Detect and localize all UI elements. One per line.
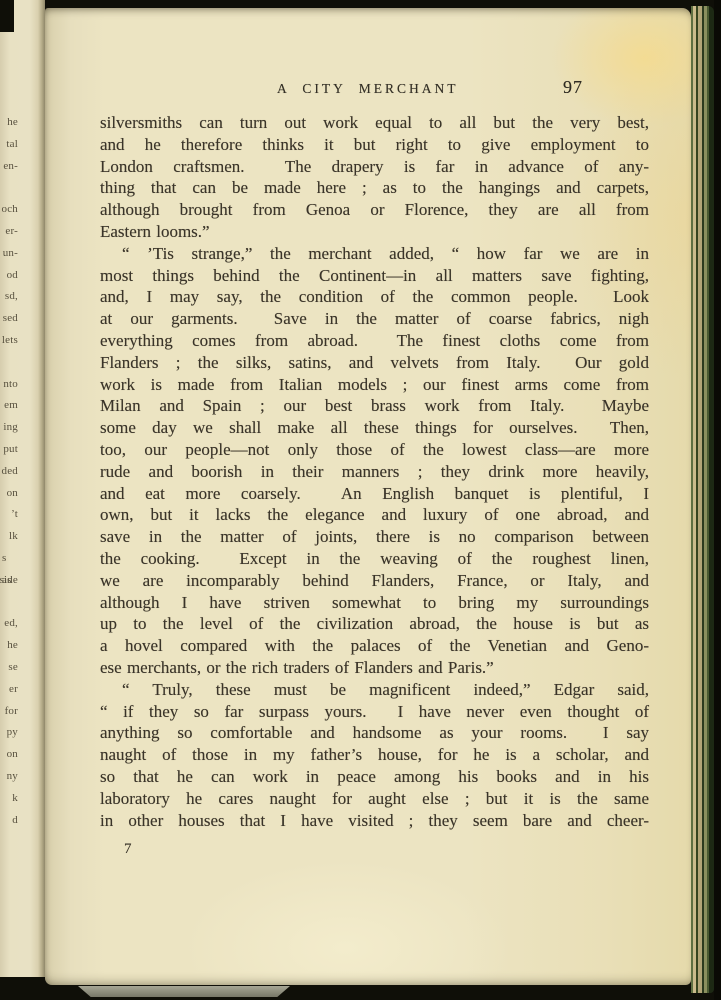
text-line: up to the level of the civilization abro… (100, 613, 649, 635)
text-line: a hovel compared with the palaces of the… (100, 635, 649, 657)
neighbor-page-text-fragment: s as (2, 548, 18, 570)
scanned-book-photo: hetalen-ocher-un-odsd,sedletsntoemingput… (0, 0, 721, 1000)
text-line: most things behind the Continent—in all … (100, 265, 649, 287)
neighbor-page-text-fragment: for (5, 701, 18, 723)
neighbor-page-text-fragment: un- (3, 243, 18, 265)
text-line: Eastern looms.” (100, 221, 649, 243)
text-line: laboratory he cares naught for aught els… (100, 788, 649, 810)
neighbor-page-text-fragment: tal (6, 134, 18, 156)
signature-mark: 7 (124, 841, 132, 858)
text-line: own, but it lacks the elegance and luxur… (100, 504, 649, 526)
text-line: and he therefore thinks it but right to … (100, 134, 649, 156)
text-line: work is made from Italian models ; our f… (100, 374, 649, 396)
text-line: some day we shall make all these things … (100, 417, 649, 439)
running-title: A CITY MERCHANT (277, 81, 459, 97)
text-line: and eat more coarsely. An English banque… (100, 483, 649, 505)
text-line: although brought from Genoa or Florence,… (100, 199, 649, 221)
text-line: everything comes from abroad. The finest… (100, 330, 649, 352)
neighbor-page-text-fragment: em (4, 395, 18, 417)
neighbor-page-text-fragment: he (7, 635, 18, 657)
page-fore-edges (691, 6, 714, 993)
text-line: thing that can be made here ; as to the … (100, 177, 649, 199)
text-line: London craftsmen. The drapery is far in … (100, 156, 649, 178)
neighbor-page-text-fragment: side (0, 570, 18, 592)
neighbor-page-text-fragment: ded (2, 461, 18, 483)
fragment-strip: hetalen-ocher-un-odsd,sedletsntoemingput… (2, 112, 19, 872)
neighbor-page-text-fragment: er (9, 679, 18, 701)
text-line: “ Truly, these must be magnificent indee… (100, 679, 649, 701)
text-line: so that he can work in peace among his b… (100, 766, 649, 788)
neighbor-page-text-fragment: er- (5, 221, 18, 243)
text-line: naught of those in my father’s house, fo… (100, 744, 649, 766)
text-line: silversmiths can turn out work equal to … (100, 112, 649, 134)
text-line: ese merchants, or the rich traders of Fl… (100, 657, 649, 679)
neighbor-page-text-fragment: he (7, 112, 18, 134)
neighbor-page-text-fragment: lets (2, 330, 18, 352)
text-line: “ ’Tis strange,” the merchant added, “ h… (100, 243, 649, 265)
text-line: and, I may say, the condition of the com… (100, 286, 649, 308)
neighbor-page-text-fragment: k (12, 788, 18, 810)
text-line: Flanders ; the silks, satins, and velvet… (100, 352, 649, 374)
text-line: rude and boorish in their manners ; they… (100, 461, 649, 483)
neighbor-page-text-fragment: on (7, 744, 18, 766)
neighbor-page-text-fragment: nto (3, 374, 18, 396)
text-line: the cooking. Except in the weaving of th… (100, 548, 649, 570)
neighbor-page-text-fragment: en- (3, 156, 18, 178)
text-line: “ if they so far surpass yours. I have n… (100, 701, 649, 723)
neighbor-page-text-fragment: se (8, 657, 18, 679)
text-line: in other houses that I have visited ; th… (100, 810, 649, 832)
text-line: save in the matter of joints, there is n… (100, 526, 649, 548)
text-column: silversmiths can turn out work equal to … (100, 112, 649, 831)
text-line: at our garments. Save in the matter of c… (100, 308, 649, 330)
text-line: too, our people—not only those of the lo… (100, 439, 649, 461)
neighbor-page-text-fragment: d (12, 810, 18, 832)
neighbor-page-text-fragment: od (7, 265, 18, 287)
page-number: 97 (563, 77, 583, 98)
neighbor-page-text-fragment: sd, (5, 286, 18, 308)
neighbor-page-text-fragment: ing (3, 417, 18, 439)
neighbor-page-text-fragment: ed, (4, 613, 18, 635)
neighbor-page-text-fragment: och (2, 199, 18, 221)
neighbor-page-text-fragment: sed (3, 308, 18, 330)
neighbor-page-text-fragment: py (7, 722, 18, 744)
text-line: we are incomparably behind Flanders, Fra… (100, 570, 649, 592)
book-cover-edge (714, 0, 721, 1000)
neighbor-page-text-fragment: ’t (11, 504, 18, 526)
cover-corner-shadow (0, 0, 14, 32)
text-line: although I have striven somewhat to brin… (100, 592, 649, 614)
neighbor-page-text-fragment: ny (7, 766, 18, 788)
neighbor-page-text-fragment: lk (9, 526, 18, 548)
neighbor-page-text-fragment: on (7, 483, 18, 505)
text-line: Milan and Spain ; our best brass work fr… (100, 395, 649, 417)
text-line: anything so comfortable and handsome as … (100, 722, 649, 744)
bottom-page-edge (78, 986, 290, 997)
neighbor-page-text-fragment: put (3, 439, 18, 461)
